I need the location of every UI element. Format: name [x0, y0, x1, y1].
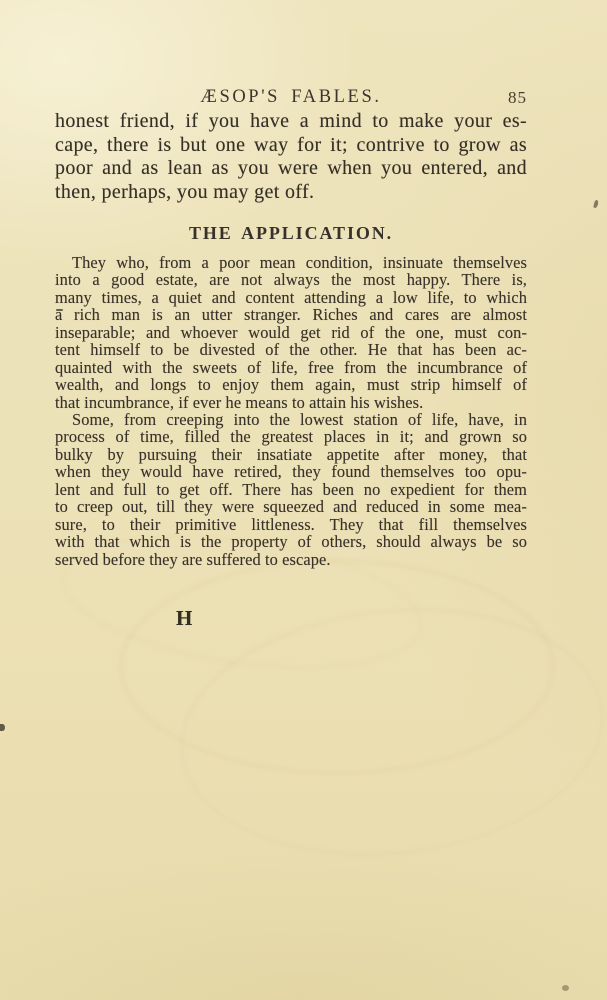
text-line: lent and full to get off. There has been…: [55, 481, 527, 498]
text-line: quainted with the sweets of life, free f…: [55, 359, 527, 376]
text-line: when they would have retired, they found…: [55, 463, 527, 480]
paper-speck: [593, 200, 599, 209]
intro-paragraph: honest friend, if you have a mind to mak…: [55, 110, 527, 204]
page-scan: ÆSOP'S FABLES. 85 honest friend, if you …: [0, 0, 607, 1000]
text-line: inseparable; and whoever would get rid o…: [55, 324, 527, 341]
text-line: honest friend, if you have a mind to mak…: [55, 110, 527, 134]
text-line: with that which is the property of other…: [55, 533, 527, 550]
section-heading: THE APPLICATION.: [55, 223, 527, 244]
text-line: into a good estate, are not always the m…: [55, 271, 527, 288]
text-line: sure, to their primitive littleness. The…: [55, 516, 527, 533]
text-line: served before they are suffered to escap…: [55, 551, 527, 568]
text-line: tent himself to be divested of the other…: [55, 341, 527, 358]
text-line: cape, there is but one way for it; contr…: [55, 134, 527, 158]
application-paragraph-1: They who, from a poor mean condition, in…: [55, 254, 527, 411]
text-line: a rich man is an utter stranger. Riches …: [55, 306, 527, 323]
paper-speck: [562, 985, 569, 991]
text-line: bulky by pursuing their insatiate appeti…: [55, 446, 527, 463]
signature-mark: H: [176, 606, 193, 631]
application-paragraph-2: Some, from creeping into the lowest stat…: [55, 411, 527, 568]
text-line: then, perhaps, you may get off.: [55, 181, 527, 205]
text-line: They who, from a poor mean condition, in…: [55, 254, 527, 271]
text-line: that incumbrance, if ever he means to at…: [55, 394, 527, 411]
page-number: 85: [508, 88, 527, 108]
running-header-title: ÆSOP'S FABLES.: [55, 87, 527, 108]
running-header: ÆSOP'S FABLES. 85: [55, 87, 527, 109]
text-line: many times, a quiet and content attendin…: [55, 289, 527, 306]
text-line: to creep out, till they were squeezed an…: [55, 498, 527, 515]
show-through-mark: [168, 589, 607, 876]
paper-speck: [0, 724, 5, 731]
text-line: process of time, filled the greatest pla…: [55, 428, 527, 445]
text-line: Some, from creeping into the lowest stat…: [55, 411, 527, 428]
text-line: wealth, and longs to enjoy them again, m…: [55, 376, 527, 393]
text-line: poor and as lean as you were when you en…: [55, 157, 527, 181]
show-through-mark: [120, 560, 554, 774]
